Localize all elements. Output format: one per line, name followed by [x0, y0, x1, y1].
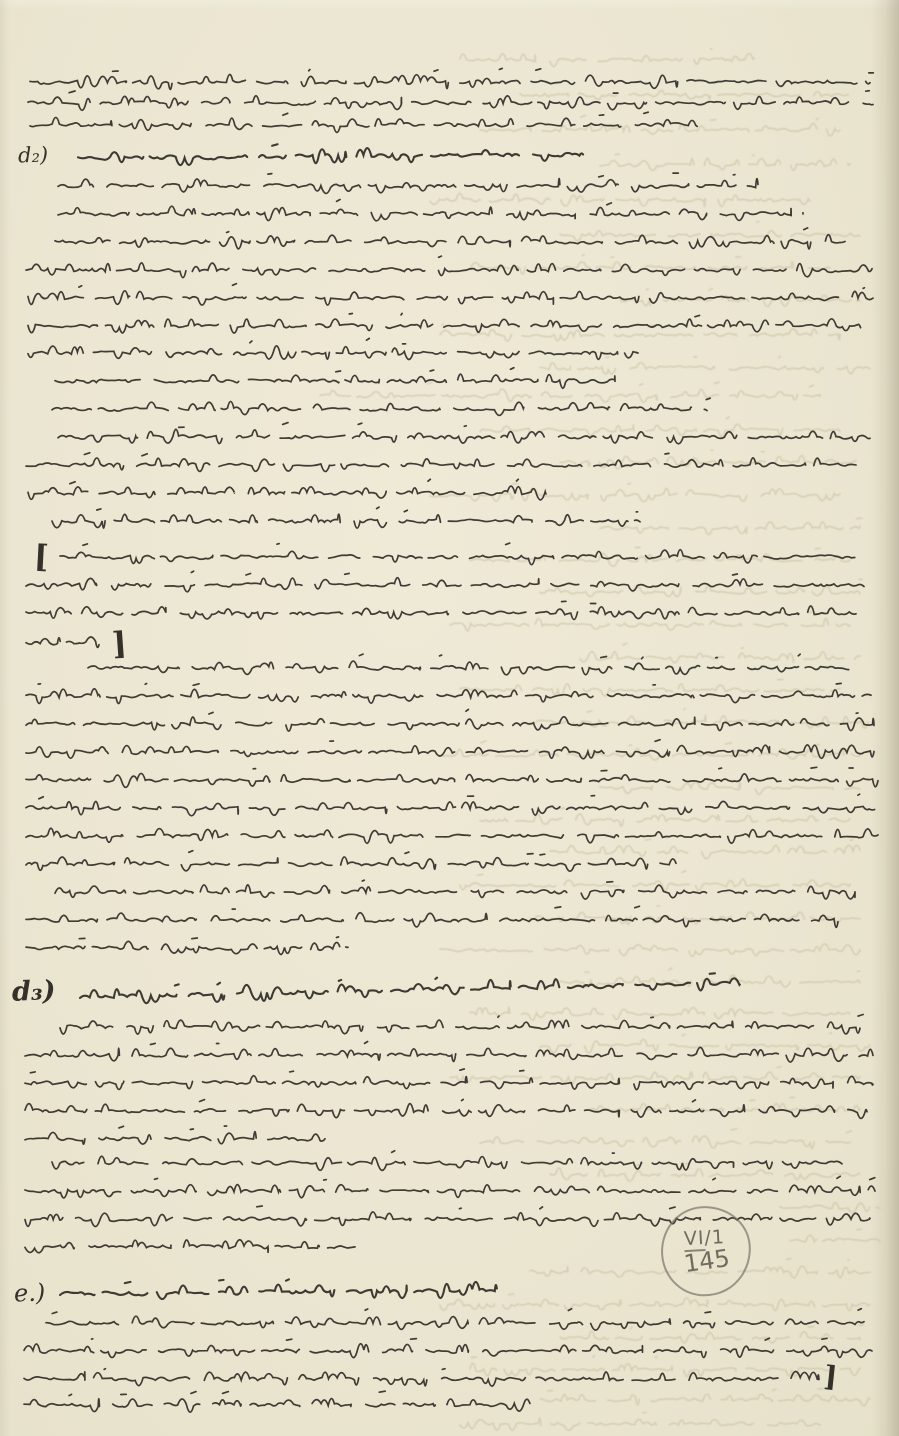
bleedthrough-writing-layer — [320, 49, 880, 1431]
section-marker-d2: d₂) — [18, 142, 49, 167]
section-marker-e: e.) — [14, 1278, 46, 1307]
manuscript-page: d₂) d₃) e.) [ ] ] VI/1 145 — [0, 0, 899, 1436]
section-marker-d3: d₃) — [11, 975, 56, 1007]
bracket-open-icon: [ — [33, 539, 50, 576]
ink-writing-layer — [24, 68, 878, 1412]
bracket-close-icon: ] — [111, 626, 128, 663]
handwriting-layer — [0, 0, 899, 1436]
stamp-page-number: 145 — [682, 1245, 731, 1277]
